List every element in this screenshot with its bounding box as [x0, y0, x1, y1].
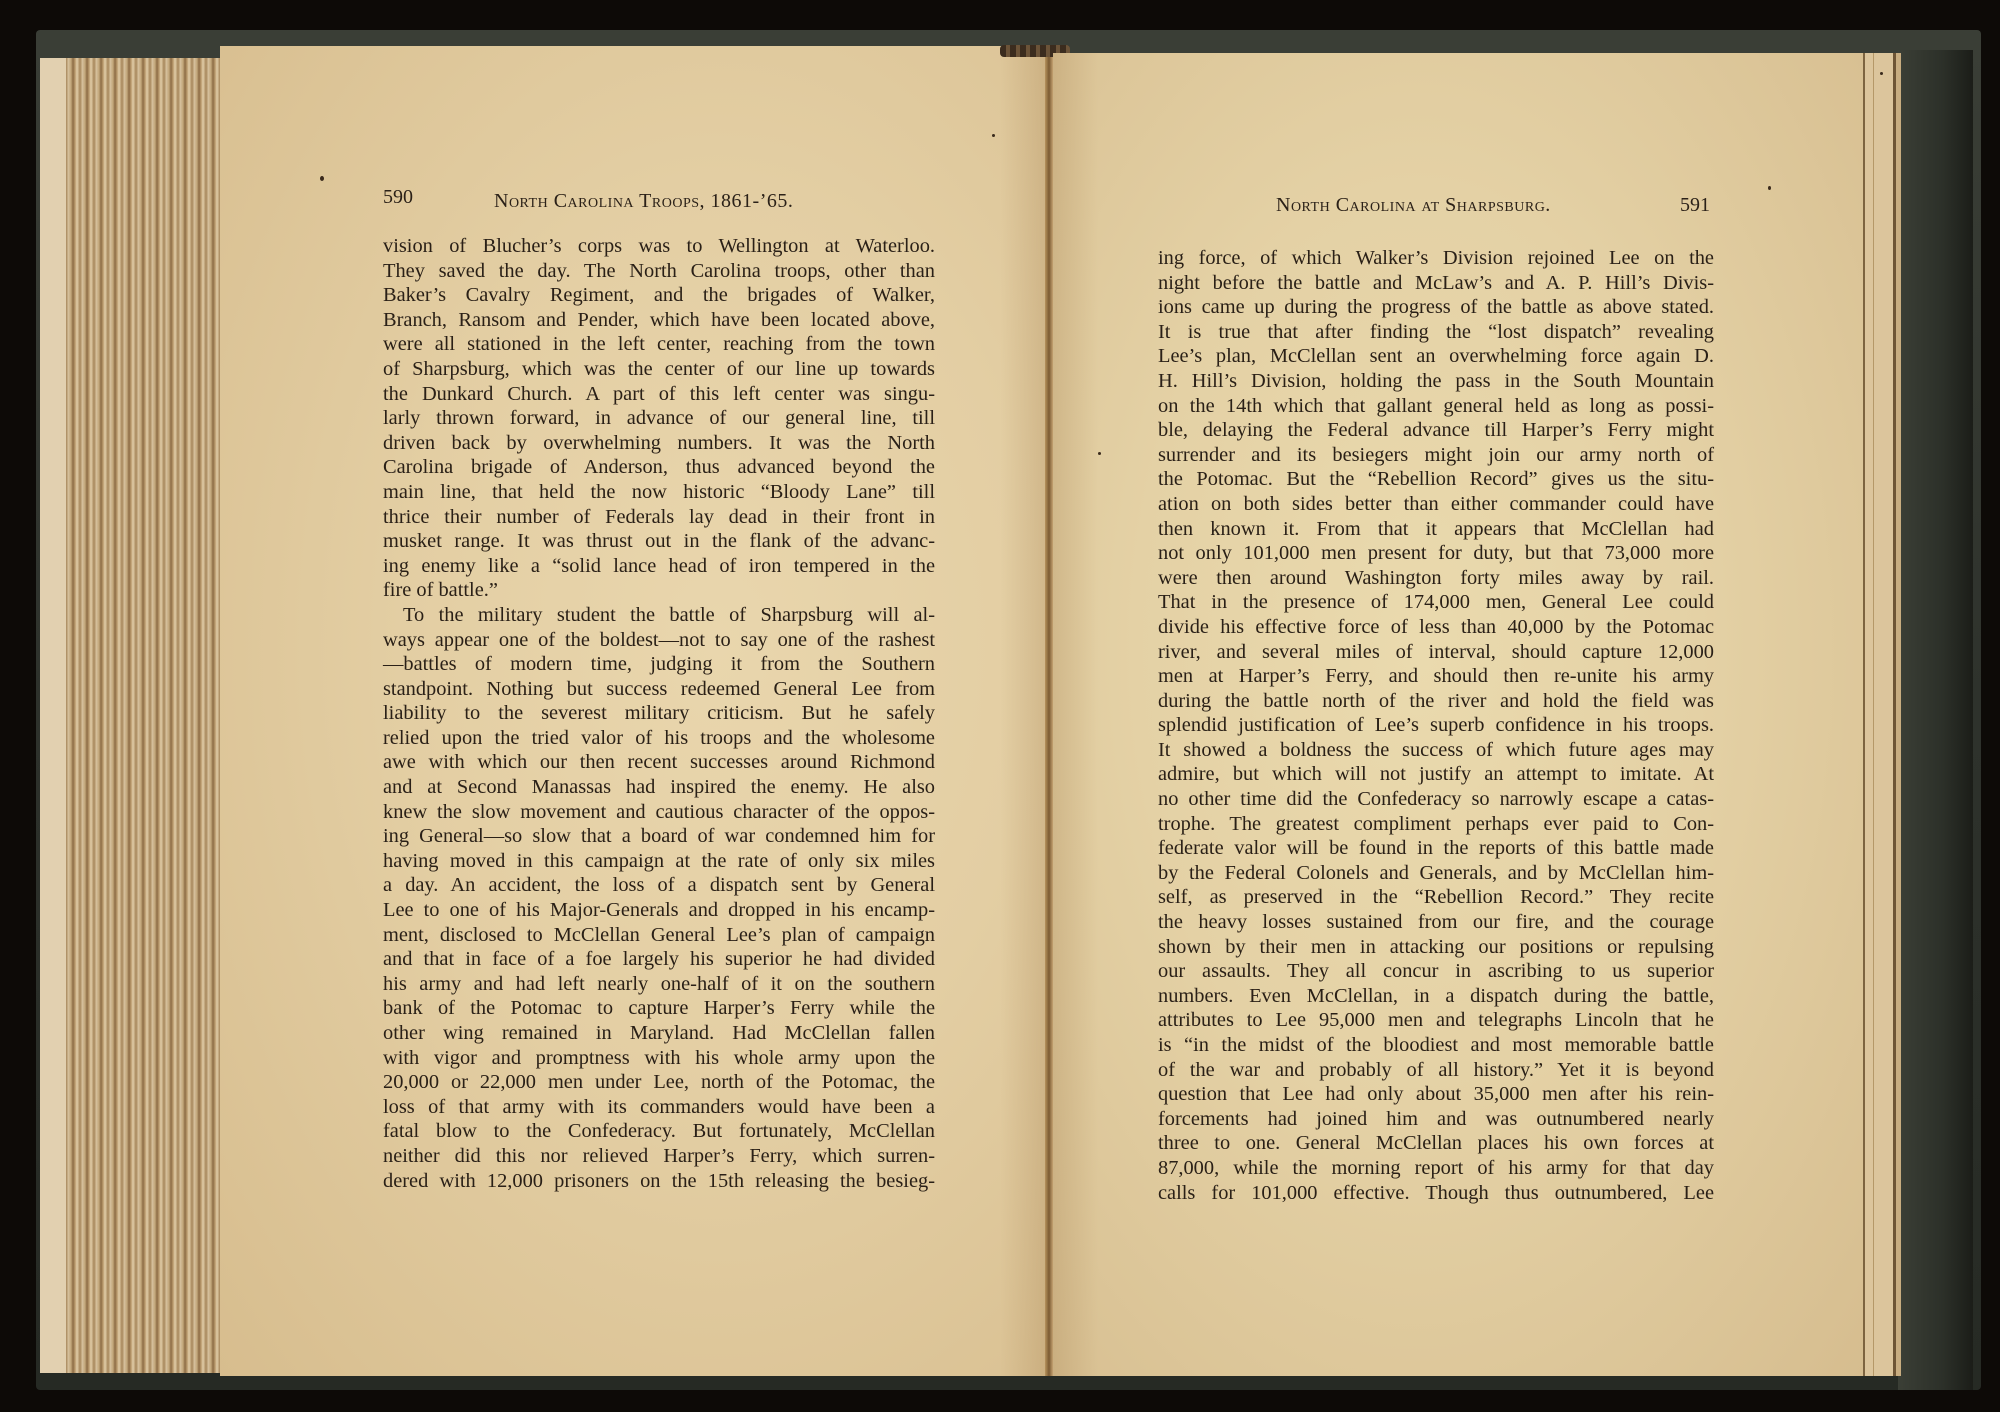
paragraph-start-line: To the military student the battle of Sh… [383, 603, 935, 628]
text-line: by the Federal Colonels and Generals, an… [1158, 861, 1714, 886]
text-line: his army and had left nearly one-half of… [383, 972, 935, 997]
text-line: ing enemy like a “solid lance head of ir… [383, 554, 935, 579]
text-line: during the battle north of the river and… [1158, 689, 1714, 714]
text-line: Lee to one of his Major-Generals and dro… [383, 898, 935, 923]
right-running-head: North Carolina at Sharpsburg. [1276, 194, 1551, 224]
left-page-body: vision of Blucher’s corps was to Welling… [383, 234, 935, 1193]
text-line: three to one. General McClellan places h… [1158, 1131, 1714, 1156]
paper-speck [1768, 186, 1771, 190]
text-line: ble, delaying the Federal advance till H… [1158, 418, 1714, 443]
text-line: were all stationed in the left center, r… [383, 332, 935, 357]
text-line: bank of the Potomac to capture Harper’s … [383, 996, 935, 1021]
text-line: then known it. From that it appears that… [1158, 517, 1714, 542]
text-line: Carolina brigade of Anderson, thus advan… [383, 455, 935, 480]
page-stack-left [40, 58, 220, 1373]
text-line: ways appear one of the boldest—not to sa… [383, 628, 935, 653]
text-line: river, and several miles of interval, sh… [1158, 640, 1714, 665]
text-line: It showed a boldness the success of whic… [1158, 738, 1714, 763]
text-line: Branch, Ransom and Pender, which have be… [383, 308, 935, 333]
text-line: and at Second Manassas had inspired the … [383, 775, 935, 800]
text-line: and that in face of a foe largely his su… [383, 947, 935, 972]
text-line: 87,000, while the morning report of his … [1158, 1156, 1714, 1181]
text-line: main line, that held the now historic “B… [383, 480, 935, 505]
text-line: loss of that army with its commanders wo… [383, 1095, 935, 1120]
text-line: no other time did the Confederacy so nar… [1158, 787, 1714, 812]
paper-speck [1098, 452, 1101, 455]
text-line: self, as preserved in the “Rebellion Rec… [1158, 885, 1714, 910]
text-line: of Sharpsburg, which was the center of o… [383, 357, 935, 382]
text-line: surrender and its besiegers might join o… [1158, 443, 1714, 468]
text-line: splendid justification of Lee’s superb c… [1158, 713, 1714, 738]
text-line: ment, disclosed to McClellan General Lee… [383, 923, 935, 948]
text-line: Lee’s plan, McClellan sent an overwhelmi… [1158, 344, 1714, 369]
text-line: thrice their number of Federals lay dead… [383, 505, 935, 530]
text-line: with vigor and promptness with his whole… [383, 1046, 935, 1071]
text-line: standpoint. Nothing but success redeemed… [383, 677, 935, 702]
text-line: Baker’s Cavalry Regiment, and the brigad… [383, 283, 935, 308]
text-line: the heavy losses sustained from our fire… [1158, 910, 1714, 935]
text-line: of the war and probably of all history.”… [1158, 1058, 1714, 1083]
text-line: trophe. The greatest compliment perhaps … [1158, 812, 1714, 837]
text-line: shown by their men in attacking our posi… [1158, 935, 1714, 960]
text-line: men at Harper’s Ferry, and should then r… [1158, 664, 1714, 689]
text-line: fire of battle.” [383, 578, 935, 603]
text-line: driven back by overwhelming numbers. It … [383, 431, 935, 456]
text-line: federate valor will be found in the repo… [1158, 836, 1714, 861]
text-line: ing force, of which Walker’s Division re… [1158, 246, 1714, 271]
text-line: forcements had joined him and was outnum… [1158, 1107, 1714, 1132]
text-line: our assaults. They all concur in ascribi… [1158, 959, 1714, 984]
text-line: H. Hill’s Division, holding the pass in … [1158, 369, 1714, 394]
paper-speck [320, 176, 324, 181]
text-line: calls for 101,000 effective. Though thus… [1158, 1181, 1714, 1206]
page-edge-line [1873, 53, 1874, 1376]
paper-speck [992, 134, 995, 137]
text-line: larly thrown forward, in advance of our … [383, 406, 935, 431]
paper-speck [1880, 72, 1883, 75]
text-line: neither did this nor relieved Harper’s F… [383, 1144, 935, 1169]
left-page-number: 590 [383, 186, 413, 209]
text-line: divide his effective force of less than … [1158, 615, 1714, 640]
text-line: a day. An accident, the loss of a dispat… [383, 873, 935, 898]
text-line: the Potomac. But the “Rebellion Record” … [1158, 467, 1714, 492]
text-line: liability to the severest military criti… [383, 701, 935, 726]
text-line: numbers. Even McClellan, in a dispatch d… [1158, 984, 1714, 1009]
flyleaf-edge [40, 58, 66, 1373]
right-page-body: ing force, of which Walker’s Division re… [1158, 246, 1714, 1205]
text-line: ing General—so slow that a board of war … [383, 824, 935, 849]
text-line: night before the battle and McLaw’s and … [1158, 271, 1714, 296]
text-line: musket range. It was thrust out in the f… [383, 529, 935, 554]
text-line: fatal blow to the Confederacy. But fortu… [383, 1119, 935, 1144]
text-line: ions came up during the progress of the … [1158, 295, 1714, 320]
page-stack-right [1863, 53, 1901, 1376]
text-line: That in the presence of 174,000 men, Gen… [1158, 590, 1714, 615]
text-line: They saved the day. The North Carolina t… [383, 259, 935, 284]
text-line: the Dunkard Church. A part of this left … [383, 382, 935, 407]
book-gutter [1045, 46, 1053, 1376]
right-page-number: 591 [1680, 194, 1710, 217]
text-line: is “in the midst of the bloodiest and mo… [1158, 1033, 1714, 1058]
text-line: having moved in this campaign at the rat… [383, 849, 935, 874]
text-line: question that Lee had only about 35,000 … [1158, 1082, 1714, 1107]
text-line: dered with 12,000 prisoners on the 15th … [383, 1169, 935, 1194]
text-line: not only 101,000 men present for duty, b… [1158, 541, 1714, 566]
text-line: admire, but which will not justify an at… [1158, 762, 1714, 787]
text-line: were then around Washington forty miles … [1158, 566, 1714, 591]
text-line: 20,000 or 22,000 men under Lee, north of… [383, 1070, 935, 1095]
text-line: awe with which our then recent successes… [383, 750, 935, 775]
text-line: relied upon the tried valor of his troop… [383, 726, 935, 751]
text-line: knew the slow movement and cautious char… [383, 800, 935, 825]
text-line: other wing remained in Maryland. Had McC… [383, 1021, 935, 1046]
text-line: —battles of modern time, judging it from… [383, 652, 935, 677]
left-running-head: North Carolina Troops, 1861-’65. [494, 190, 793, 220]
text-line: on the 14th which that gallant general h… [1158, 394, 1714, 419]
text-line: ation on both sides better than either c… [1158, 492, 1714, 517]
text-line: vision of Blucher’s corps was to Welling… [383, 234, 935, 259]
text-line: attributes to Lee 95,000 men and telegra… [1158, 1008, 1714, 1033]
text-line: It is true that after finding the “lost … [1158, 320, 1714, 345]
book-cover-back-edge [1898, 50, 1973, 1390]
